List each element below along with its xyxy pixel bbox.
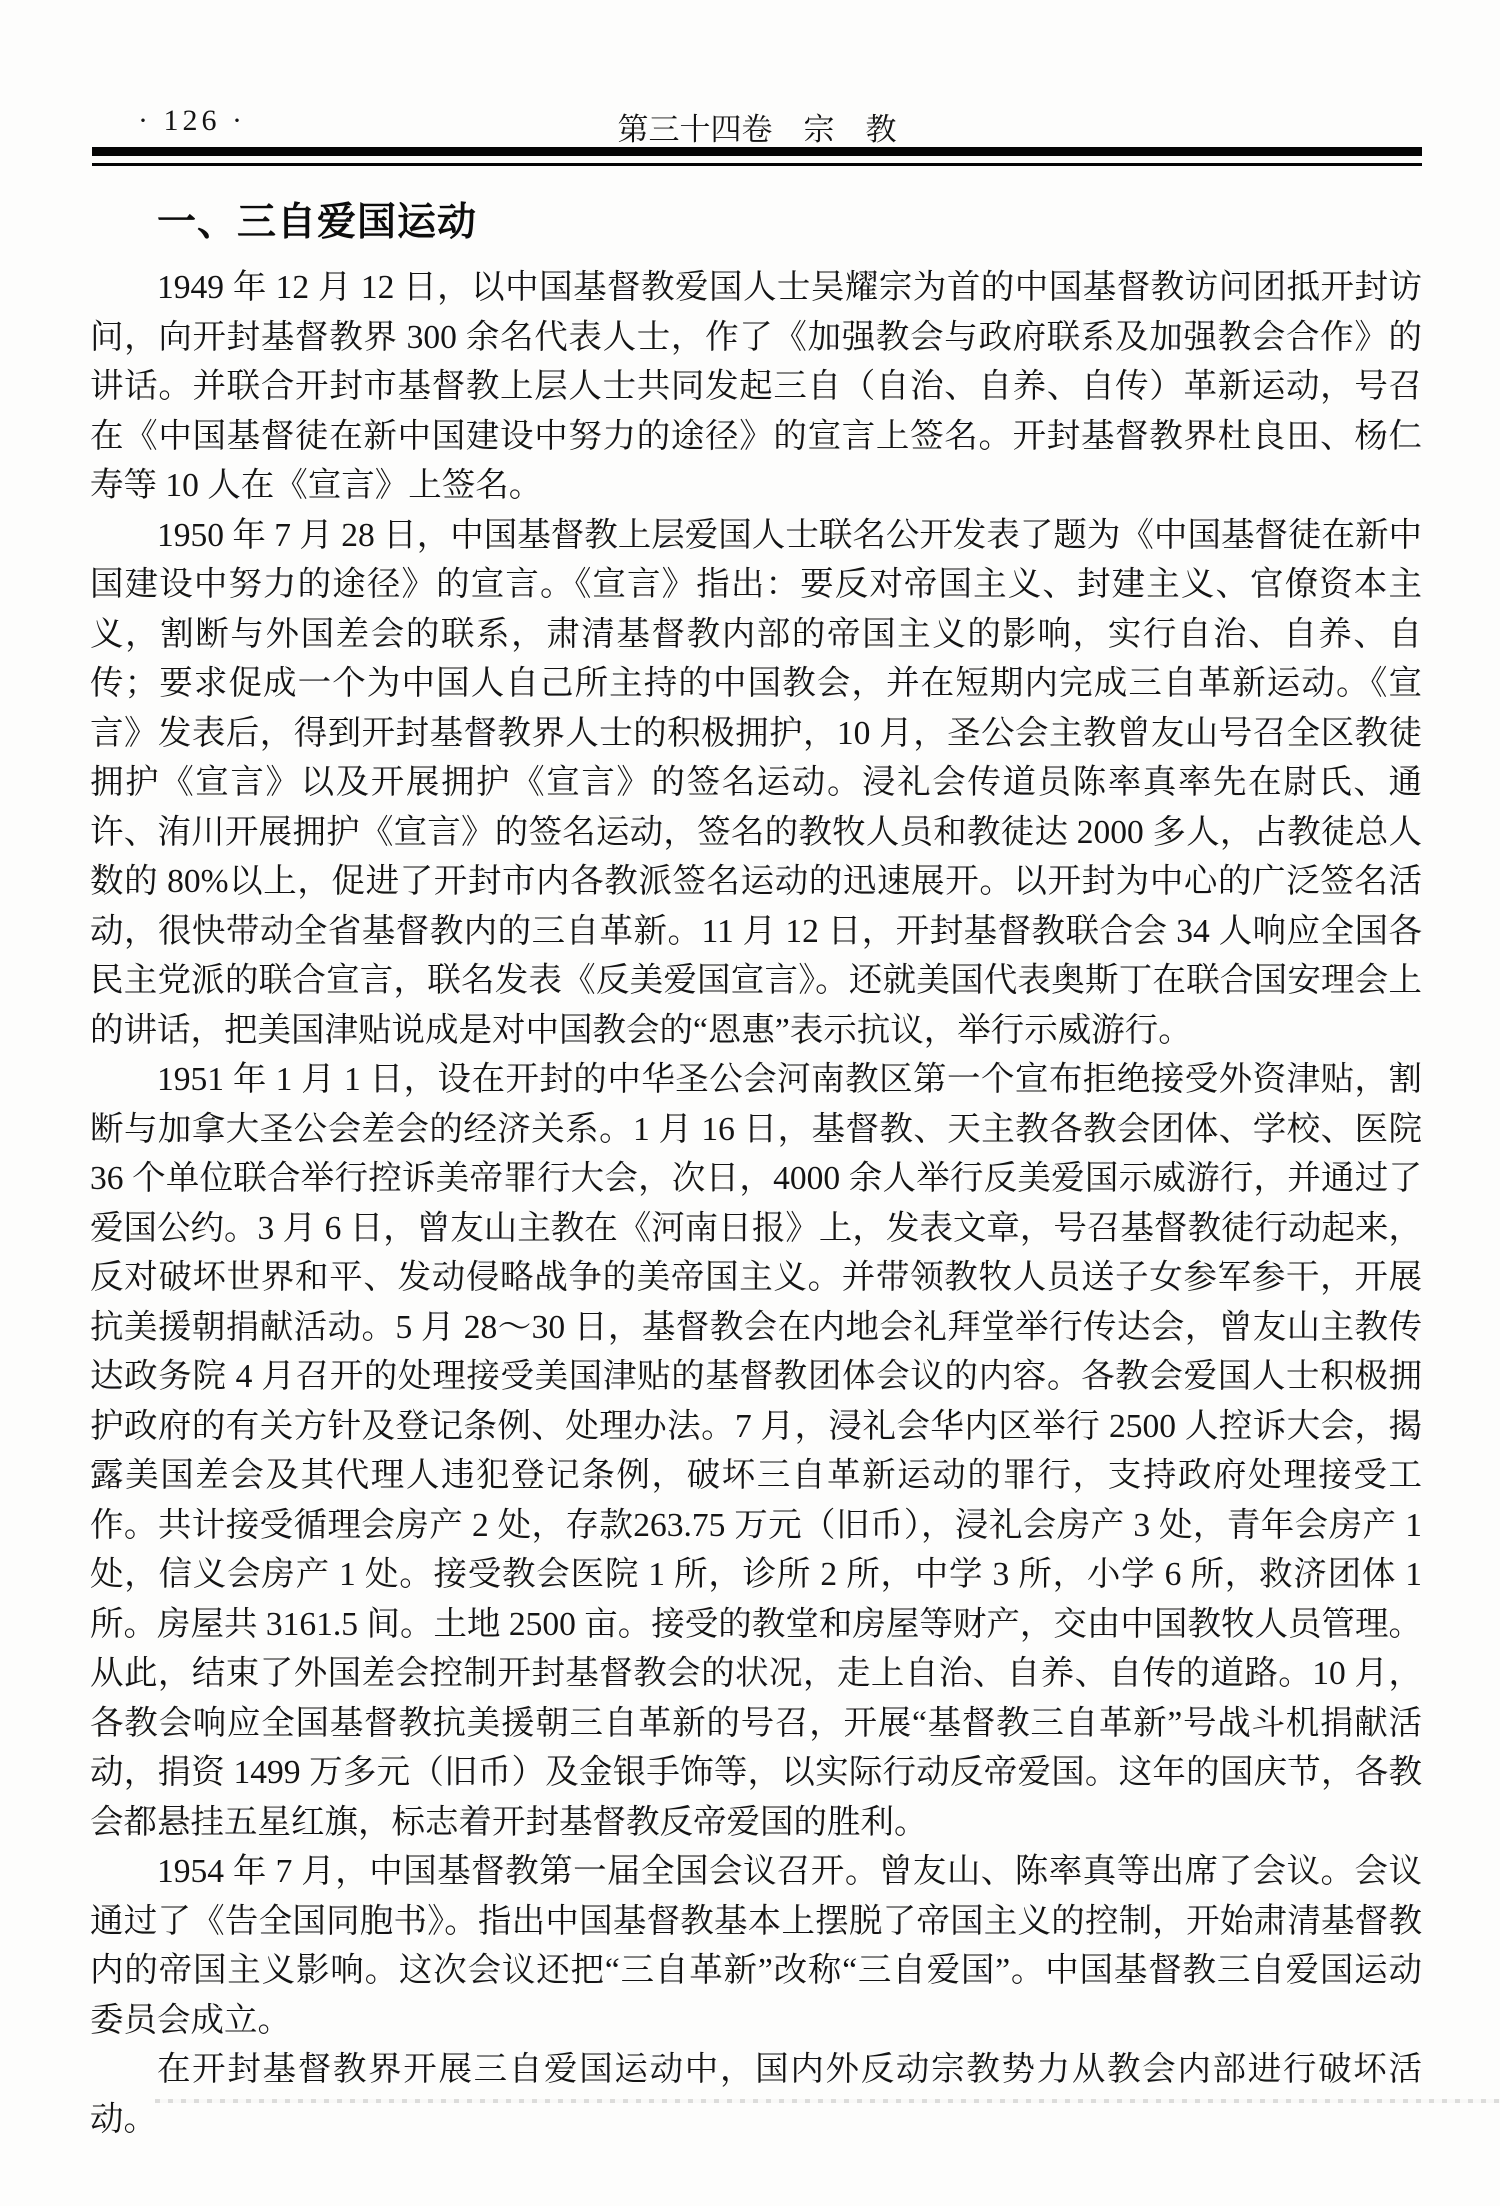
- document-page: · 126 · 第三十四卷 宗 教 一、三自爱国运动 1949 年 12 月 1…: [0, 0, 1500, 2206]
- header-rule-thick: [92, 147, 1422, 156]
- scan-artifact-line: [155, 2099, 1500, 2103]
- paragraph-closing: 在开封基督教界开展三自爱国运动中，国内外反动宗教势力从教会内部进行破坏活动。: [90, 2045, 1422, 2144]
- section-title: 一、三自爱国运动: [157, 191, 477, 247]
- body-text: 1949 年 12 月 12 日，以中国基督教爱国人士吴耀宗为首的中国基督教访问…: [90, 263, 1422, 2144]
- header-rule-thin: [92, 163, 1422, 166]
- paragraph-1951: 1951 年 1 月 1 日，设在开封的中华圣公会河南教区第一个宣布拒绝接受外资…: [90, 1055, 1422, 1847]
- paragraph-1950: 1950 年 7 月 28 日，中国基督教上层爱国人士联名公开发表了题为《中国基…: [90, 511, 1422, 1056]
- paragraph-1954: 1954 年 7 月，中国基督教第一届全国会议召开。曾友山、陈率真等出席了会议。…: [90, 1847, 1422, 2045]
- running-head: · 126 · 第三十四卷 宗 教: [92, 104, 1422, 142]
- paragraph-1949: 1949 年 12 月 12 日，以中国基督教爱国人士吴耀宗为首的中国基督教访问…: [90, 263, 1422, 511]
- volume-title: 第三十四卷 宗 教: [92, 104, 1422, 149]
